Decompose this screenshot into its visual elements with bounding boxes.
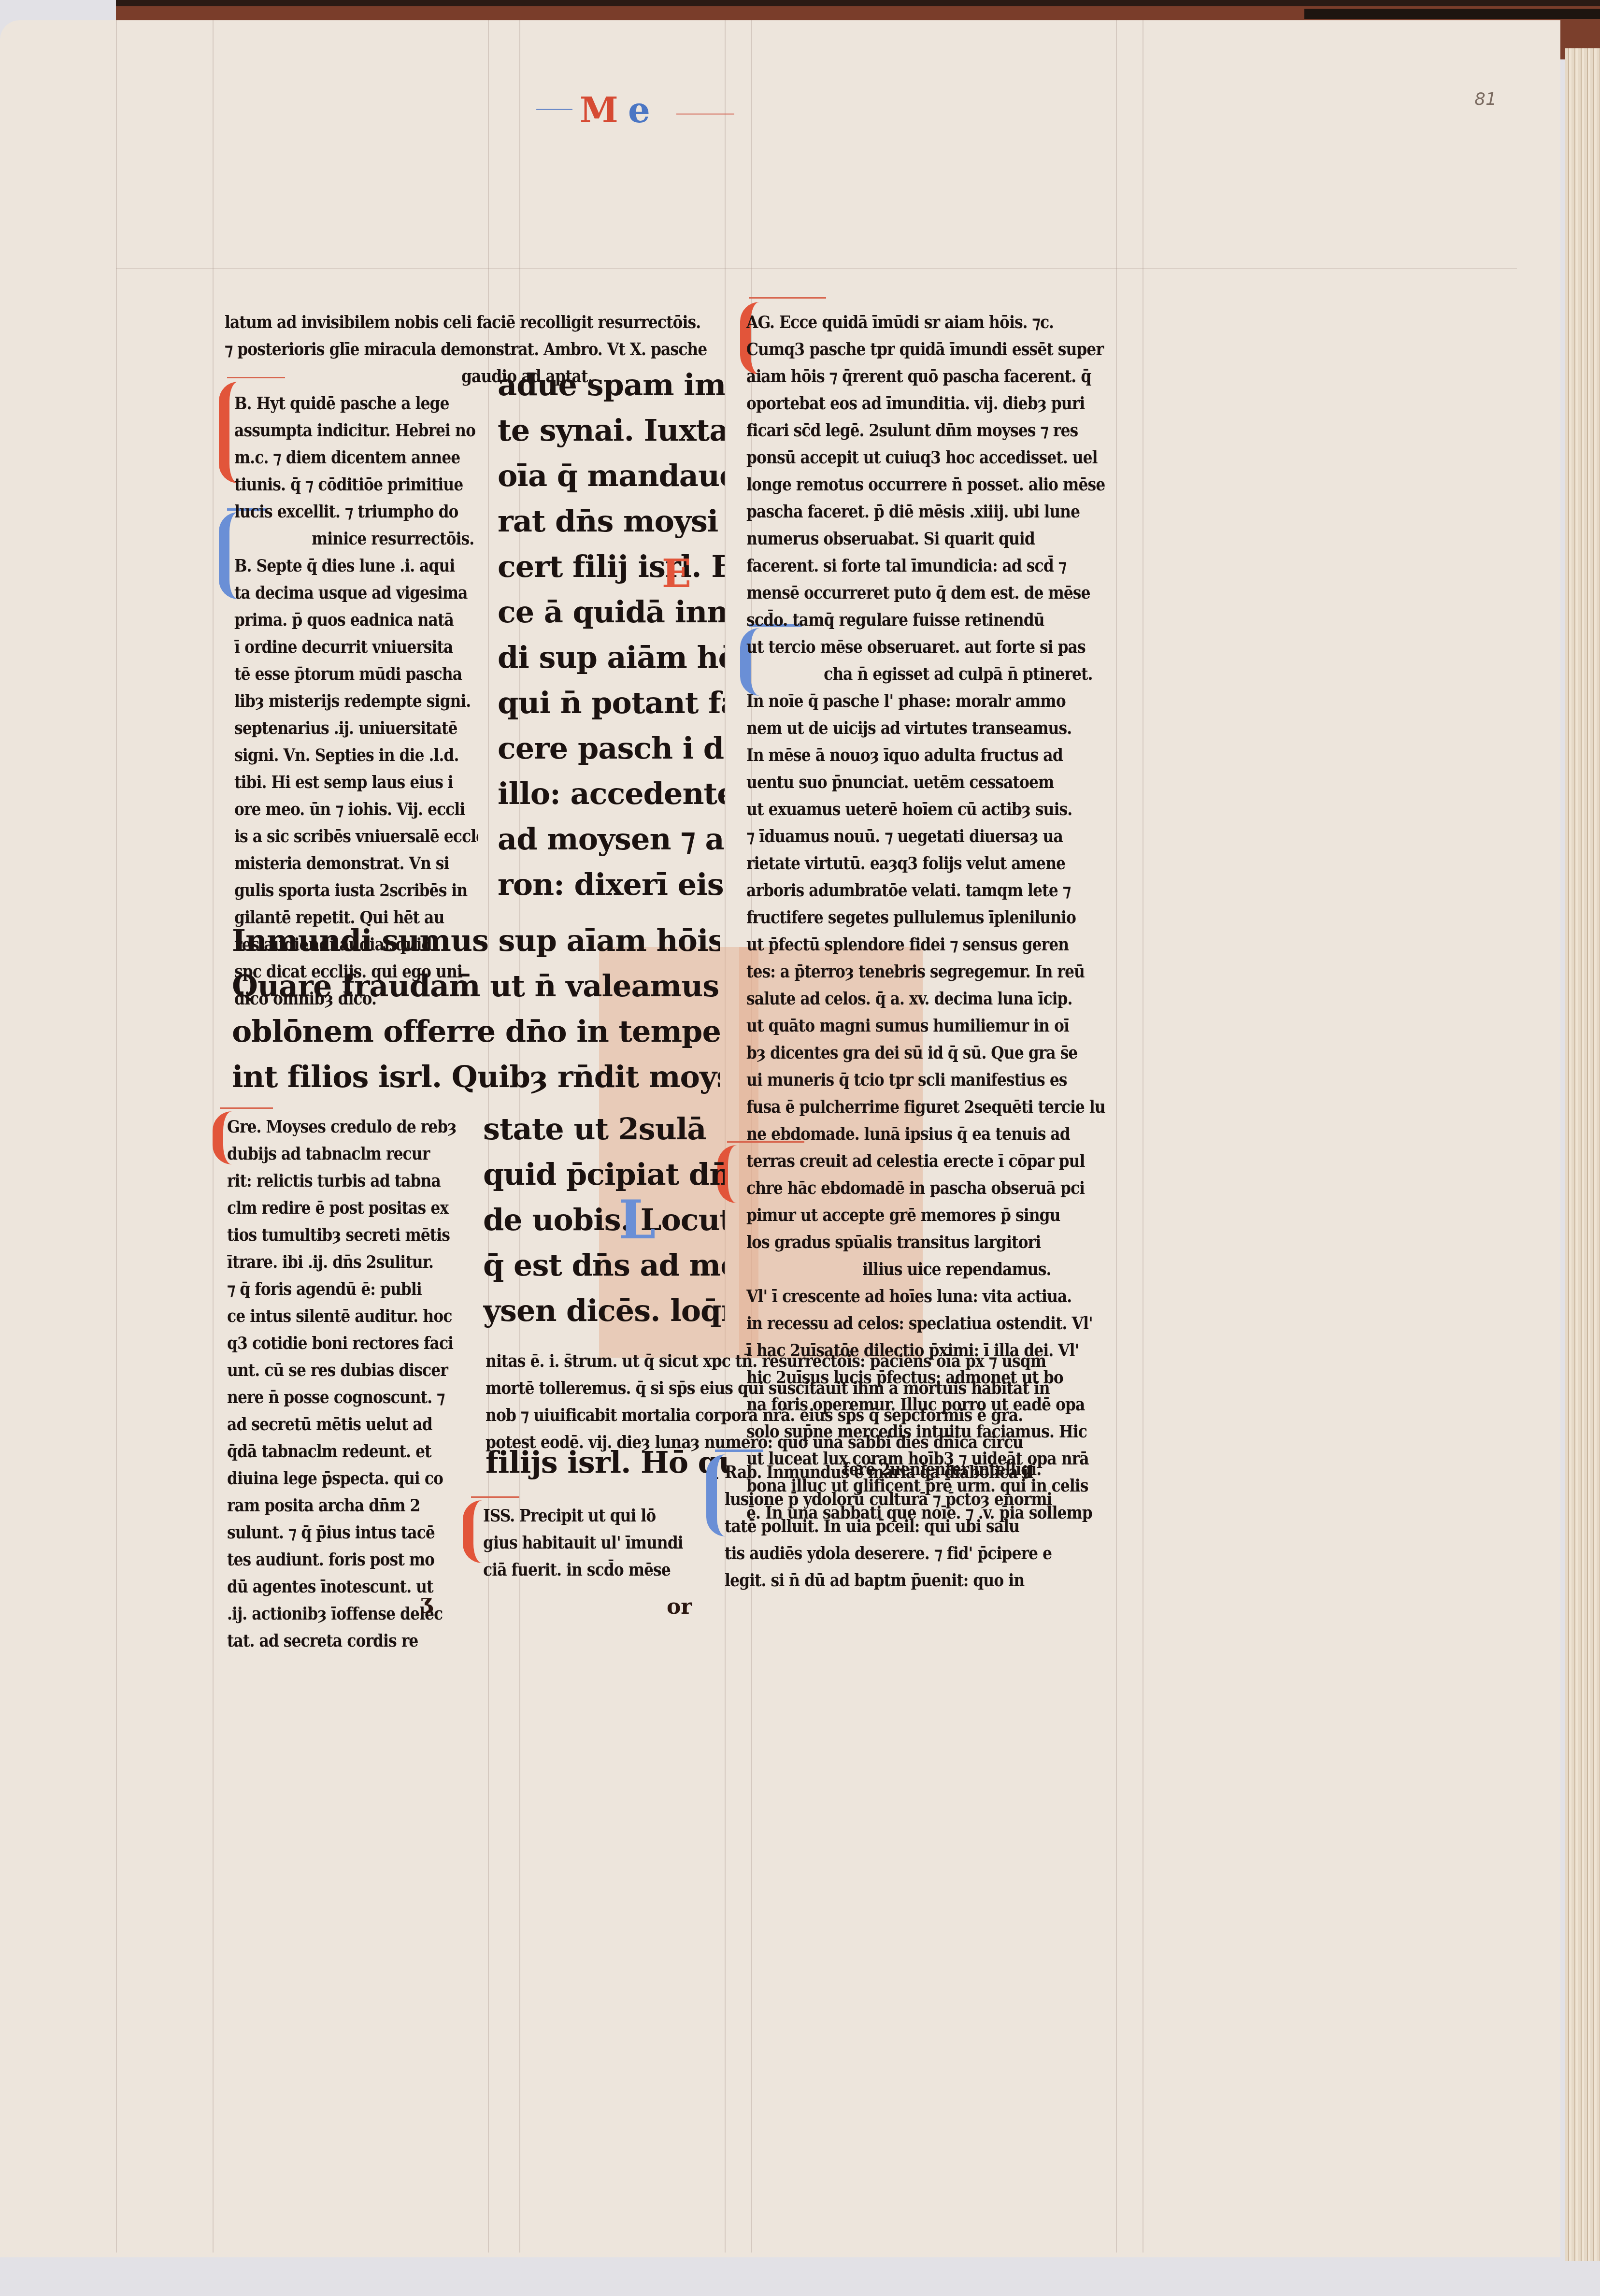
text-line: de uobis. Locut	[483, 1197, 725, 1243]
text-line: illo: accedentes	[498, 771, 725, 817]
gloss-line: tis audiēs ydola deserere. ⁊ fid' p̄cipe…	[725, 1540, 1118, 1567]
gloss-line: aiam hōis ⁊ q̄rerent quō pascha facerent…	[746, 363, 1118, 390]
gloss-line: septenarius .ij. uniuersitatē	[234, 715, 478, 742]
gloss-line: diuina lege p̄specta. qui co	[227, 1465, 478, 1492]
gloss-line: los gradus spūalis transitus largitori	[746, 1229, 1118, 1256]
gloss-left-lower: Gre. Moyses credulo de rebȝ dubijs ad ta…	[227, 1114, 478, 1655]
gloss-line: scd̄o. tamq̄ regulare fuisse retinendū	[746, 607, 1118, 634]
gloss-middle-bottom: ISS. Precipit ut qui lō gius habitauit u…	[483, 1503, 725, 1584]
running-title: M e	[531, 89, 773, 128]
gloss-line: in recessu ad celos: speclatiua ostendit…	[746, 1310, 1118, 1337]
bible-text-last: filijs isrl. Hō qui	[486, 1440, 727, 1485]
gloss-right-column: AG. Ecce quidā īmūdi sr aiam hōis. ⁊c. C…	[746, 309, 1118, 1527]
gloss-line: rietate virtutū. eaȝq3 folijs velut amen…	[746, 850, 1118, 877]
gloss-line: ce intus silentē auditur. hoc	[227, 1303, 478, 1330]
gloss-line: facerent. si forte tal īmundicia: ad scd…	[746, 553, 1118, 580]
pen-flourish	[749, 297, 826, 299]
text-line: oīa q̄ mandaue	[498, 453, 725, 499]
gloss-line: ficari sc̄d legē. 2sulunt dn̄m moyses ⁊ …	[746, 417, 1118, 445]
gloss-line: pascha faceret. p̄ diē mēsis .xiiij. ubi…	[746, 499, 1118, 526]
gloss-line: mensē occurreret puto q̄ dem est. de mēs…	[746, 580, 1118, 607]
gloss-line: ī ordine decurrit vniuersita	[234, 634, 478, 661]
gloss-line: tat. ad secreta cordis re	[227, 1628, 478, 1655]
gloss-line: rit: relictis turbis ad tabna	[227, 1168, 478, 1195]
gloss-line: lusione p̄ ydolorū culturā ⁊ p̄ctoȝ enor…	[725, 1486, 1118, 1513]
gloss-line: ut exuamus ueterē hoīem cū actibȝ suis.	[746, 796, 1118, 823]
text-line: cere pasch i die	[498, 726, 725, 771]
gloss-line: salute ad celos. q̄ a. xv. decima luna ī…	[746, 986, 1118, 1013]
text-line: ysen dicēs. loq̄re	[483, 1288, 725, 1334]
gloss-line: mortē tolleremus. q̄ si sp̄s eius qui su…	[486, 1375, 1118, 1402]
gloss-line: ne ebdomade. lunā ipsius q̄ ea tenuis ad	[746, 1121, 1118, 1148]
folio-number: 81	[1474, 89, 1497, 109]
text-line: Inmundi sumus sup aīam hōis.	[232, 918, 720, 963]
gloss-line: unt. cū se res dubias discer	[227, 1357, 478, 1384]
ruling-line	[116, 268, 1517, 269]
pen-flourish	[220, 1107, 273, 1109]
quire-mark: ʒ	[420, 1590, 432, 1614]
gloss-line: nere n̄ posse cognoscunt. ⁊	[227, 1384, 478, 1411]
gloss-line: arboris adumbratōe velati. tamqm lete ⁊	[746, 877, 1118, 904]
pen-flourish	[715, 1449, 763, 1452]
gloss-line: ISS. Precipit ut qui lō	[483, 1503, 725, 1530]
gloss-line: libȝ misterijs redempte signi.	[234, 688, 478, 715]
text-line: int filios isrl. Quibȝ rn̄dit moyses.	[232, 1054, 720, 1100]
decorated-initial-l: L	[618, 1189, 656, 1251]
text-line: q̄ est dn̄s ad mo	[483, 1243, 725, 1288]
text-line: ad moysen ⁊ aa	[498, 817, 725, 862]
gloss-line: misteria demonstrat. Vn si	[234, 850, 478, 877]
gloss-line: m.c. ⁊ diem dicentem annee	[234, 445, 478, 472]
gloss-line: clm redire ē post positas ex	[227, 1195, 478, 1222]
gloss-line: illius uice rependamus.	[746, 1256, 1118, 1283]
gloss-line: tiunis. q̄ ⁊ cōditiōe primitiue	[234, 472, 478, 499]
gloss-line: ⁊ posterioris glīe miracula demonstrat. …	[225, 336, 722, 363]
gloss-line: tes: a p̄terroȝ tenebris segregemur. In …	[746, 959, 1118, 986]
gloss-line: uentu suo p̄nunciat. uetēm cessatoem	[746, 769, 1118, 796]
gloss-line: dubijs ad tabnaclm recur	[227, 1141, 478, 1168]
gloss-line: tibi. Hi est semp laus eius i	[234, 769, 478, 796]
gloss-line: is a sic scribēs vniuersalē eccle	[234, 823, 478, 850]
gloss-line: Vl' ī crescente ad hoīes luna: vita acti…	[746, 1283, 1118, 1310]
gloss-line: signi. Vn. Septies in die .l.d.	[234, 742, 478, 769]
quire-mark: or	[667, 1594, 692, 1619]
gloss-line: nitas ē. i. s̄trum. ut q̄ sicut xpc tn̄.…	[486, 1348, 1118, 1375]
gloss-line: pimur ut accepte grē memores p̄ singu	[746, 1202, 1118, 1229]
gloss-line: B. Hyt quidē pasche a lege	[234, 390, 478, 417]
gloss-line: ore meo. ūn ⁊ iohis. Vij. eccli	[234, 796, 478, 823]
gloss-line: longe remotus occurrere n̄ posset. alio …	[746, 472, 1118, 499]
text-line: Quare fraudam̄ ut n̄ valeamus	[232, 963, 720, 1009]
ruling-line	[116, 20, 117, 2253]
gloss-line: latum ad invisibilem nobis celi faciē re…	[225, 309, 722, 336]
text-line: rat dn̄s moysi fe	[498, 499, 725, 544]
text-line: state ut 2sulā	[483, 1106, 725, 1152]
text-line: qui n̄ potant fa	[498, 680, 725, 726]
text-line: oblōnem offerre dn̄o in tempe suo	[232, 1009, 720, 1054]
gloss-right-bottom: Rab. Inmundus ē maria q̄a diabolica il l…	[725, 1459, 1118, 1594]
running-title-letter-m: M	[580, 89, 618, 130]
gloss-line: tios tumultibȝ secreti mētis	[227, 1222, 478, 1249]
gloss-line: nem ut de uicijs ad virtutes transeamus.	[746, 715, 1118, 742]
text-line: ce ā quidā inmū	[498, 589, 725, 635]
gloss-line: terras creuit ad celestia erecte ī cōpar…	[746, 1148, 1118, 1175]
gloss-line: ad secretū mētis uelut ad	[227, 1411, 478, 1438]
gloss-line: chre hāc ebdomadē in pascha obseruā pci	[746, 1175, 1118, 1202]
gloss-line: ut p̄fectū splendore fidei ⁊ sensus gere…	[746, 932, 1118, 959]
gloss-line: ⁊ īduamus nouū. ⁊ uegetati diuersaȝ ua	[746, 823, 1118, 850]
pen-flourish	[471, 1496, 519, 1498]
gloss-line: prima. p̄ quos eadnica natā	[234, 607, 478, 634]
text-line: filijs isrl. Hō qui	[486, 1440, 727, 1485]
page-fore-edge	[1565, 48, 1600, 2261]
gloss-line: ⁊ q̄ foris agendū ē: publi	[227, 1276, 478, 1303]
ruling-line	[1143, 20, 1143, 2253]
pen-flourish	[676, 114, 734, 115]
gloss-line: nob ⁊ uiuificabit mortalia corpora nrā. …	[486, 1402, 1118, 1429]
bible-text-column-lower: state ut 2sulā quid p̄cipiat dn̄s de uob…	[483, 1106, 725, 1334]
gloss-line: legit. si n̄ dū ad baptm p̄uenit: quo in	[725, 1567, 1118, 1594]
gloss-line: Rab. Inmundus ē maria q̄a diabolica il	[725, 1459, 1118, 1486]
gloss-line: numerus obseruabat. Si quarit quid	[746, 526, 1118, 553]
gloss-line: oportebat eos ad īmunditia. vij. diebȝ p…	[746, 390, 1118, 417]
gloss-line: ram posita archa dn̄m 2	[227, 1492, 478, 1520]
gloss-line: .ij. actionibȝ īoffense delec	[227, 1601, 478, 1628]
bible-text-column: adue spam imō te synai. Iuxta oīa q̄ man…	[498, 362, 725, 907]
gloss-line: Gre. Moyses credulo de rebȝ	[227, 1114, 478, 1141]
gloss-line: ta decima usque ad vigesima	[234, 580, 478, 607]
gloss-line: lucis excellit. ⁊ triumpho do	[234, 499, 478, 526]
pen-flourish	[536, 109, 572, 110]
gloss-line: tē esse p̄torum mūdi pascha	[234, 661, 478, 688]
gloss-line: Cumq3 pasche tpr quidā īmundi essēt supe…	[746, 336, 1118, 363]
text-line: te synai. Iuxta	[498, 408, 725, 453]
gloss-line: gulis sporta iusta 2scribēs in	[234, 877, 478, 904]
gloss-line: sulunt. ⁊ q̄ p̄ius intus tacē	[227, 1520, 478, 1547]
gloss-line: q̄dā tabnaclm redeunt. et	[227, 1438, 478, 1465]
gloss-line: B. Septe q̄ dies lune .i. aqui	[234, 553, 478, 580]
text-line: quid p̄cipiat dn̄s	[483, 1152, 725, 1197]
gloss-line: tatē polluit. In uia p̄ceil: qui ubi sal…	[725, 1513, 1118, 1540]
gloss-line: ciā fuerit. in scd̄o mēse	[483, 1557, 725, 1584]
gloss-line: ītrare. ibi .ij. dn̄s 2sulitur.	[227, 1249, 478, 1276]
running-title-letter-e: e	[628, 89, 650, 130]
text-line: adue spam imō	[498, 362, 725, 408]
bible-text-wide: Inmundi sumus sup aīam hōis. Quare fraud…	[232, 918, 720, 1100]
pen-flourish	[227, 377, 285, 378]
gloss-line: bȝ dicentes gra dei sū id q̄ sū. Que gra…	[746, 1040, 1118, 1067]
gloss-line: fusa ē pulcherrime figuret 2sequēti terc…	[746, 1094, 1118, 1121]
gloss-line: ut tercio mēse obseruaret. aut forte si …	[746, 634, 1118, 661]
gloss-line: dū agentes īnotescunt. ut	[227, 1574, 478, 1601]
gloss-line: In mēse ā nouoȝ īquo adulta fructus ad	[746, 742, 1118, 769]
gloss-line: q3 cotidie boni rectores faci	[227, 1330, 478, 1357]
gloss-line: ut quāto magni sumus humiliemur in oī	[746, 1013, 1118, 1040]
decorated-initial-e: E	[662, 551, 691, 596]
gloss-line: AG. Ecce quidā īmūdi sr aiam hōis. ⁊c.	[746, 309, 1118, 336]
text-line: di sup aiām hōis	[498, 635, 725, 680]
gloss-line: cha n̄ egisset ad culpā n̄ ptineret.	[746, 661, 1118, 688]
gloss-line: assumpta indicitur. Hebrei no	[234, 417, 478, 445]
gloss-line: fructifere segetes pullulemus īpleniluni…	[746, 904, 1118, 932]
gloss-line: In noīe q̄ pasche l' phase: moralr ammo	[746, 688, 1118, 715]
gloss-line: minice resurrectōis.	[234, 526, 478, 553]
gloss-line: tes audiunt. foris post mo	[227, 1547, 478, 1574]
gloss-line: gius habitauit ul' īmundi	[483, 1530, 725, 1557]
gloss-line: ponsū accepit ut cuiuq3 hoc accedisset. …	[746, 445, 1118, 472]
gloss-line: ui muneris q̄ tcio tpr scli manifestius …	[746, 1067, 1118, 1094]
text-line: ron: dixerī eis.	[498, 862, 725, 907]
